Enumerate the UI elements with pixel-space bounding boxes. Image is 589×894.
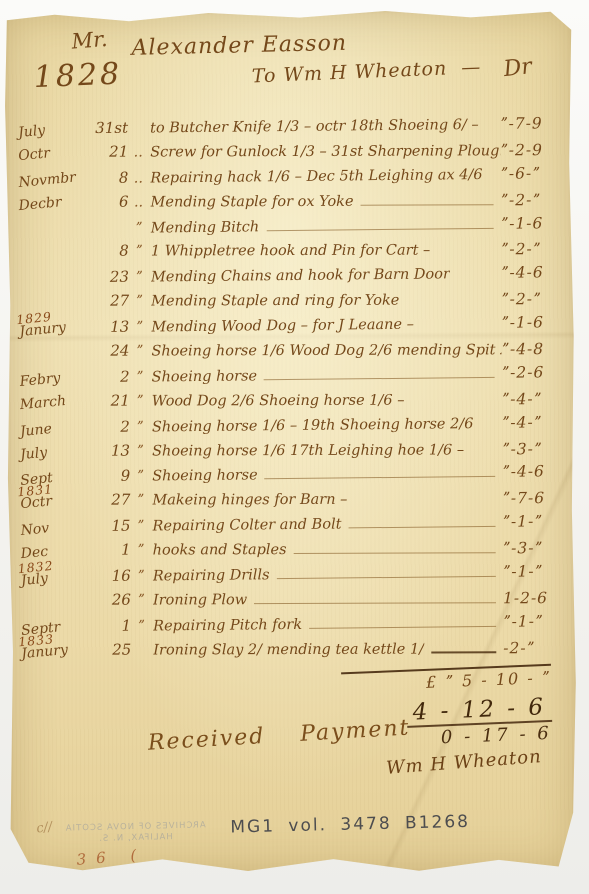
entry-month: June — [19, 417, 94, 440]
entry-description: Repairing Colter and Bolt — [152, 517, 341, 535]
ledger-row: Septr1ˮRepairing Pitch forkˮ-1-ˮ — [21, 612, 567, 643]
entry-month — [19, 303, 93, 310]
entry-month — [19, 253, 93, 260]
spacer — [347, 504, 502, 505]
ledger-row: Decbr6..Mending Staple for ox Yokeˮ-2-ˮ — [19, 191, 565, 218]
entry-year: 1832 — [17, 558, 54, 576]
entry-day: 16 — [95, 567, 131, 585]
ledger-row: Octr21..Screw for Gunlock 1/3 – 31st Sha… — [18, 141, 564, 168]
entry-day: 1 — [95, 541, 131, 559]
creditor-name: To Wm H Wheaton — [251, 57, 447, 87]
entry-description: Repairing hack 1/6 – Dec 5th Leighing ax… — [150, 167, 482, 186]
ditto-mark: ˮ — [129, 294, 149, 310]
ditto-mark: ˮ — [129, 244, 149, 260]
entry-year: 1833 — [18, 631, 55, 649]
entry-description: Ironing Slay 2/ mending tea kettle 1/ — [153, 641, 424, 658]
ditto-mark: ˮ — [129, 320, 149, 336]
creditor-dash: — — [461, 56, 482, 79]
entry-day: 1 — [95, 617, 131, 635]
entry-day: 15 — [94, 517, 130, 535]
leader-line — [431, 642, 496, 653]
entry-day: 27 — [94, 491, 130, 509]
entry-description: Shoeing horse 1/6 17th Leighing hoe 1/6 … — [152, 442, 464, 459]
ditto-mark: ˮ — [130, 369, 150, 385]
ledger-entries: July31stto Butcher Knife 1/3 – octr 18th… — [18, 115, 567, 666]
entry-amount: ˮ-3-ˮ — [503, 539, 567, 557]
ledger-row: 24ˮShoeing horse 1/6 Wood Dog 2/6 mendin… — [19, 340, 565, 367]
entry-month: March — [19, 390, 94, 413]
entry-day: 31st — [92, 119, 128, 137]
entry-day: 8 — [92, 168, 128, 186]
archival-reference-pencil: MG1 vol. 3478 B1268 — [230, 812, 470, 838]
entry-day: 8 — [93, 242, 129, 260]
ditto-mark: ˮ — [130, 493, 150, 509]
entry-amount: ˮ-4-ˮ — [502, 390, 566, 408]
ditto-mark: ˮ — [131, 569, 151, 585]
creditor-line: To Wm H Wheaton— — [251, 56, 495, 88]
ditto-mark: .. — [128, 144, 148, 160]
ledger-row: June2ˮShoeing horse 1/6 – 19th Shoeing h… — [20, 413, 566, 444]
red-ink-mark: 36 ( — [76, 845, 147, 868]
entry-day: 2 — [94, 417, 130, 435]
ditto-mark: ˮ — [129, 270, 149, 286]
entry-amount: ˮ-2-6 — [501, 363, 565, 382]
leader-line — [254, 593, 496, 604]
entry-description: Mending Chains and hook for Barn Door — [151, 267, 450, 286]
dr-abbreviation: Dr — [502, 54, 533, 82]
entry-amount: ˮ-4-ˮ — [502, 413, 566, 432]
leader-line — [277, 567, 496, 579]
signature: Wm H Wheaton — [385, 746, 542, 779]
ledger-row: 26ˮIroning Plow1-2-6 — [21, 589, 567, 616]
entry-day: 25 — [95, 640, 131, 658]
entry-amount: ˮ-1-6 — [501, 313, 565, 332]
entry-day: 24 — [93, 342, 129, 360]
ditto-mark: ˮ — [130, 469, 150, 485]
ledger-row: July31stto Butcher Knife 1/3 – octr 18th… — [18, 114, 564, 145]
entry-amount: 1-2-6 — [503, 589, 567, 607]
entry-description: hooks and Staples — [153, 542, 287, 558]
entry-day: 21 — [94, 391, 130, 409]
entry-amount: ˮ-4-8 — [501, 340, 565, 358]
ditto-mark: ˮ — [131, 592, 151, 608]
entry-description: Mending Wood Dog – for J Leaane – — [151, 317, 414, 336]
entry-amount: ˮ-2-ˮ — [501, 240, 565, 258]
entry-month: Octr — [18, 141, 93, 164]
entry-month — [19, 229, 93, 236]
entry-amount: ˮ-7-6 — [502, 489, 566, 507]
entry-month: 1832July — [20, 566, 95, 589]
entry-day: 6 — [93, 192, 129, 210]
entry-year: 1831 — [17, 482, 54, 500]
entry-day: 2 — [93, 368, 129, 386]
ditto-mark: .. — [128, 170, 148, 186]
entry-amount: ˮ-1-6 — [501, 214, 565, 233]
entry-day: 27 — [93, 292, 129, 310]
leader-line — [294, 543, 496, 554]
entry-description: Repairing Drills — [153, 567, 270, 584]
leader-line — [266, 218, 494, 230]
entry-year: 1829 — [16, 309, 53, 327]
ledger-row: Novmbr8..Repairing hack 1/6 – Dec 5th Le… — [18, 164, 564, 195]
ditto-mark: ˮ — [129, 220, 149, 236]
spacer — [414, 328, 501, 329]
leader-line — [348, 517, 495, 529]
entry-description: to Butcher Knife 1/3 – octr 18th Shoeing… — [150, 117, 479, 136]
entry-amount: ˮ-7-9 — [500, 114, 564, 133]
entry-month: 1829Janury — [19, 317, 94, 340]
entry-amount: ˮ-3-ˮ — [502, 440, 566, 458]
entry-description: Mending Staple for ox Yoke — [151, 193, 354, 210]
entry-amount: ˮ-1-ˮ — [503, 562, 567, 581]
entry-day: 21 — [92, 142, 128, 160]
entry-amount: ˮ-2-ˮ — [501, 290, 565, 308]
entry-description: Makeing hinges for Barn – — [152, 492, 347, 509]
leader-line — [265, 467, 496, 479]
ditto-mark: ˮ — [131, 543, 151, 559]
entry-month: Nov — [20, 516, 95, 539]
entry-amount: ˮ-2-ˮ — [501, 191, 565, 209]
entry-day: 26 — [95, 590, 131, 608]
entry-day: 13 — [93, 318, 129, 336]
entry-month: July — [19, 440, 94, 463]
ditto-mark: .. — [129, 194, 149, 210]
ditto-mark: ˮ — [131, 618, 151, 634]
entry-day: 23 — [93, 268, 129, 286]
entry-month: 1831Octr — [20, 490, 95, 513]
entry-month: July — [17, 118, 92, 141]
entry-day: 9 — [94, 467, 130, 485]
ditto-mark: ˮ — [129, 344, 149, 360]
entry-month: 1833Janury — [21, 639, 96, 662]
entry-month — [19, 279, 93, 286]
total-payment: 4 - 12 - 6 — [406, 692, 552, 728]
entry-day: 13 — [94, 441, 130, 459]
leader-line — [264, 368, 495, 380]
entry-description: Repairing Pitch fork — [153, 617, 302, 635]
salutation: Mr. — [71, 27, 109, 54]
entry-month — [20, 352, 94, 359]
entry-amount: ˮ-1-ˮ — [502, 512, 566, 531]
entry-description: Mending Staple and ring for Yoke — [151, 293, 399, 310]
leader-line — [361, 195, 494, 205]
entry-description: Mending Bitch — [151, 219, 260, 236]
ditto-mark: ˮ — [130, 393, 150, 409]
entry-description: Ironing Plow — [153, 592, 247, 608]
entry-month — [21, 601, 95, 608]
entry-description: Shoeing horse — [152, 468, 258, 485]
entry-month: Novmbr — [18, 168, 93, 191]
entry-description: Wood Dog 2/6 Shoeing horse 1/6 – — [152, 392, 405, 409]
ledger-row: 1829Janury13ˮMending Wood Dog – for J Le… — [19, 313, 565, 344]
ledger-row: 1832July16ˮRepairing Drillsˮ-1-ˮ — [21, 562, 567, 593]
entry-description: Shoeing horse — [152, 368, 258, 385]
ditto-mark: ˮ — [130, 443, 150, 459]
ledger-row: March21ˮWood Dog 2/6 Shoeing horse 1/6 –… — [20, 390, 566, 417]
entry-amount: ˮ-1-ˮ — [503, 612, 567, 631]
entry-amount: ˮ-4-6 — [501, 263, 565, 282]
faint-ink-mark: c// — [35, 819, 53, 836]
entry-month: Febry — [19, 367, 94, 390]
entry-description: Screw for Gunlock 1/3 – 31st Sharpening … — [150, 143, 500, 160]
ditto-mark: ˮ — [130, 519, 150, 535]
archives-stamp-bleedthrough: Archives of Nova Scotia Halifax, N. S. — [60, 820, 210, 846]
ditto-mark: ˮ — [130, 419, 150, 435]
document-paper: Mr. Alexander Easson 1828 To Wm H Wheato… — [3, 7, 578, 876]
entry-month: Decbr — [18, 191, 93, 214]
ledger-row: Febry2ˮShoeing horseˮ-2-6 — [19, 363, 565, 394]
ledger-row: Dec1ˮhooks and Staplesˮ-3-ˮ — [21, 539, 567, 566]
spacer — [450, 278, 501, 279]
entry-amount: -2-ˮ — [503, 639, 567, 657]
account-year: 1828 — [33, 56, 123, 95]
entry-description: Shoeing horse 1/6 Wood Dog 2/6 mending S… — [151, 342, 501, 359]
entry-description: Shoeing horse 1/6 – 19th Shoeing horse 2… — [152, 416, 474, 435]
leader-line — [309, 617, 496, 629]
entry-amount: ˮ-2-9 — [500, 141, 564, 159]
entry-description: 1 Whippletree hook and Pin for Cart – — [151, 243, 430, 260]
ledger-row: 1833Janury25Ironing Slay 2/ mending tea … — [21, 639, 567, 666]
entry-amount: ˮ-4-6 — [502, 463, 566, 482]
entry-amount: ˮ-6-ˮ — [500, 164, 564, 183]
debtor-name: Alexander Easson — [131, 31, 347, 61]
